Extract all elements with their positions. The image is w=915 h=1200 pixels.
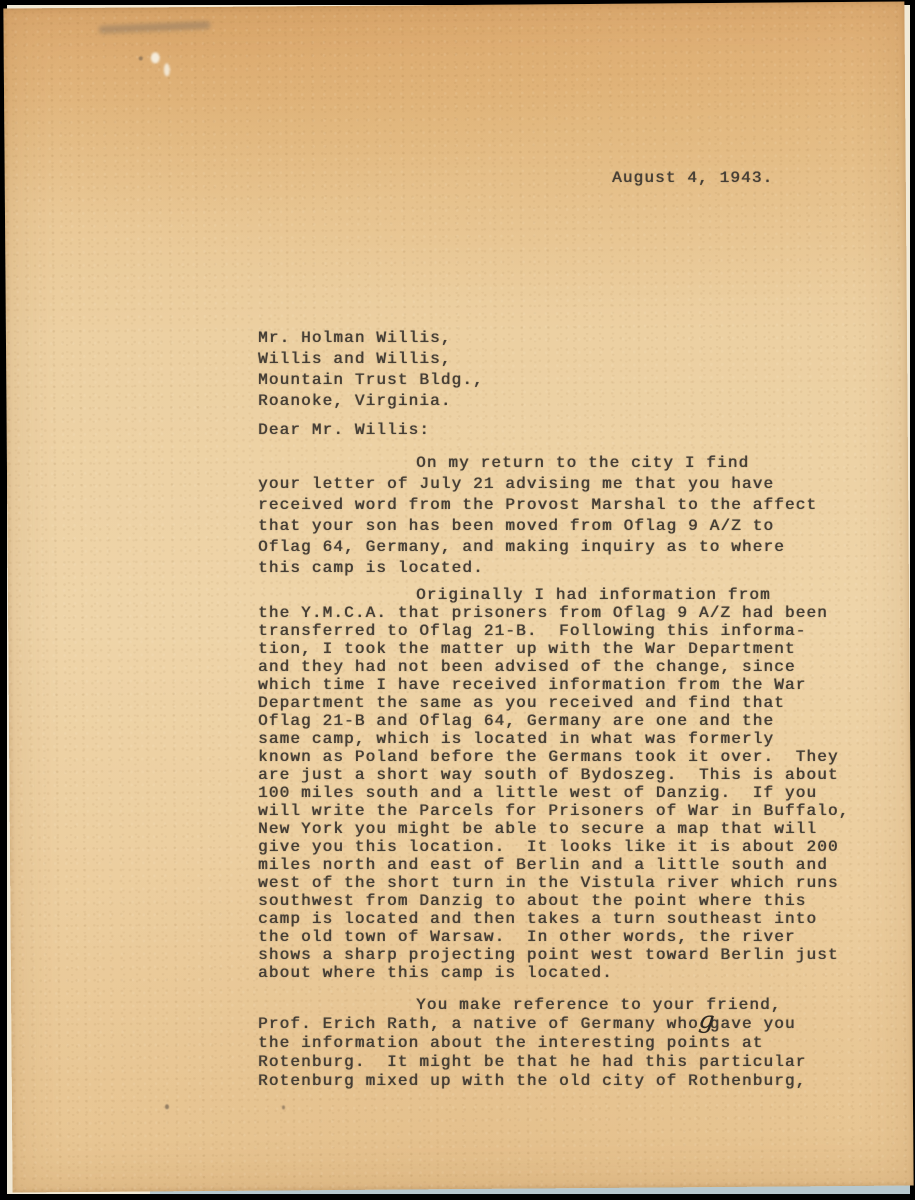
letter-date: August 4, 1943. bbox=[612, 168, 773, 188]
paper-smudge bbox=[98, 21, 210, 34]
body-paragraph-1: On my return to the city I find your let… bbox=[258, 453, 898, 579]
handwritten-correction: g bbox=[698, 1005, 716, 1034]
body-paragraph-3: You make reference to your friend, Prof.… bbox=[258, 996, 898, 1091]
recipient-address: Mr. Holman Willis, Willis and Willis, Mo… bbox=[258, 328, 484, 412]
paper-speck bbox=[282, 1105, 285, 1109]
paper-speck bbox=[139, 56, 143, 60]
paper-speck bbox=[165, 1104, 169, 1109]
body-paragraph-2: Originally I had information from the Y.… bbox=[258, 586, 898, 982]
scanned-letter-page: August 4, 1943. Mr. Holman Willis, Willi… bbox=[0, 0, 915, 1200]
paper-speck bbox=[164, 63, 170, 76]
salutation: Dear Mr. Willis: bbox=[258, 420, 430, 441]
paper-speck bbox=[151, 52, 160, 63]
